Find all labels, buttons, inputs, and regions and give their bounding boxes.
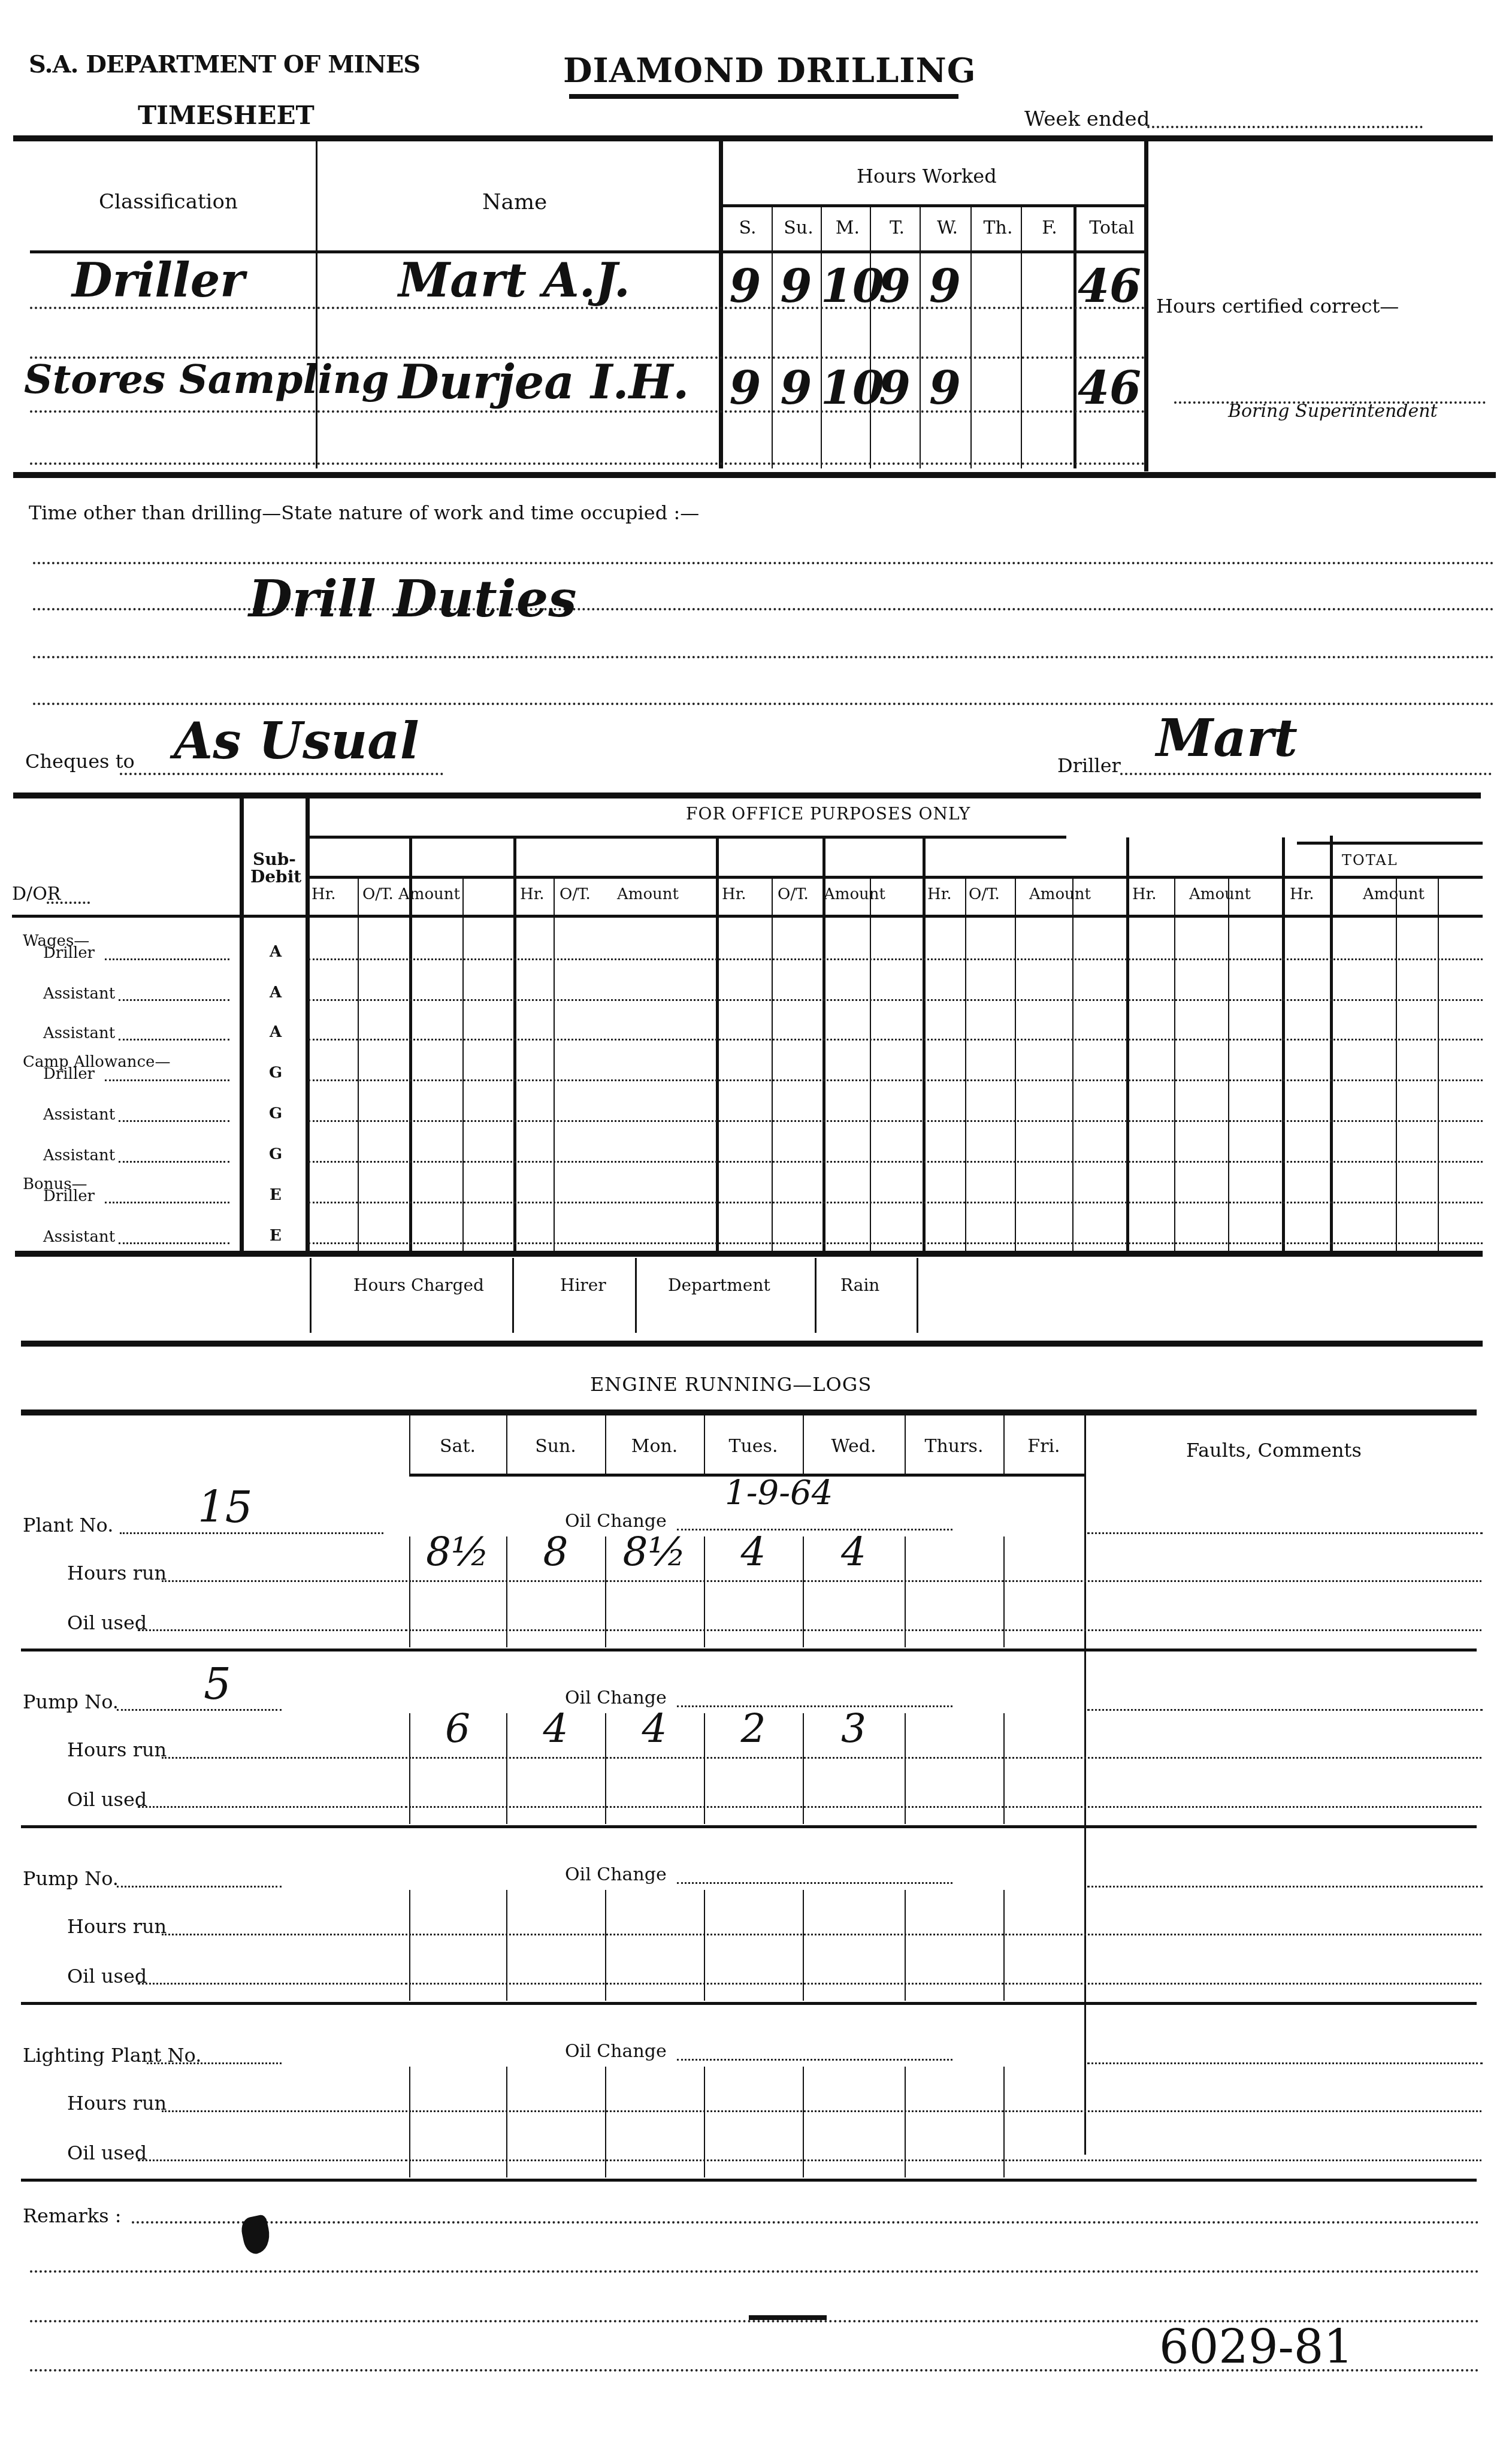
classification-header: Classification xyxy=(99,192,238,212)
faults-line[interactable] xyxy=(1087,1709,1483,1711)
office-footer-label: Hours Charged xyxy=(353,1277,484,1294)
office-title: FOR OFFICE PURPOSES ONLY xyxy=(686,806,970,822)
hours-cell[interactable]: 9 xyxy=(719,264,772,309)
engine-logs-title: ENGINE RUNNING—LOGS xyxy=(590,1375,872,1394)
office-group-divider xyxy=(1330,836,1333,1252)
oil-used-label: Oil used xyxy=(67,1967,147,1986)
hours-run-leader xyxy=(162,1934,407,1935)
hours-cell[interactable]: 10 xyxy=(821,264,870,309)
hours-cell[interactable]: 9 xyxy=(920,365,970,411)
engine-column-divider xyxy=(506,2067,507,2177)
office-footer-label: Hirer xyxy=(560,1277,606,1294)
engine-column-divider xyxy=(409,1890,410,2001)
engine-day-header: Mon. xyxy=(605,1438,704,1456)
subdebit-code: E xyxy=(246,1228,306,1244)
oil-change-label: Oil Change xyxy=(565,2043,667,2061)
office-column-header: O/T. xyxy=(969,887,1000,902)
day-header: W. xyxy=(922,219,973,237)
day-header: T. xyxy=(872,219,922,237)
engine-column-divider xyxy=(605,2067,606,2177)
total-title-rule xyxy=(1297,842,1483,845)
office-row-label: Assistant xyxy=(43,1148,115,1163)
engine-number-value[interactable]: 15 xyxy=(198,1486,253,1529)
hours-run-leader xyxy=(162,1757,407,1759)
office-group-divider xyxy=(923,837,926,1251)
classification-entry[interactable]: Driller xyxy=(72,258,244,304)
engine-section-rule xyxy=(21,1649,1477,1652)
engine-column-divider xyxy=(506,1890,507,2001)
office-column-divider xyxy=(462,878,464,1252)
office-bottom-rule xyxy=(15,1251,1483,1257)
hours-run-rule xyxy=(409,2110,1481,2112)
office-divider xyxy=(240,797,244,1254)
engine-column-divider xyxy=(905,1890,906,2001)
hours-cell[interactable]: 9 xyxy=(772,264,821,309)
hours-run-cell[interactable]: 4 xyxy=(704,1532,803,1572)
hours-run-leader xyxy=(162,2110,407,2112)
day-column-divider xyxy=(970,207,972,468)
oil-change-label: Oil Change xyxy=(565,1513,667,1530)
engine-column-divider xyxy=(1003,1713,1005,1824)
office-row-label: Assistant xyxy=(43,986,115,1002)
oil-change-label: Oil Change xyxy=(565,1866,667,1884)
hours-subheader-rule xyxy=(719,204,1145,207)
footer-divider xyxy=(635,1258,637,1333)
engine-column-divider xyxy=(409,2067,410,2177)
subdebit-code: A xyxy=(246,944,306,960)
cheques-line xyxy=(120,773,443,775)
other-time-entry[interactable]: Drill Duties xyxy=(249,574,576,624)
hours-run-cell[interactable]: 3 xyxy=(803,1709,905,1749)
engine-column-divider xyxy=(1003,2067,1005,2177)
subdebit-code: A xyxy=(246,1024,306,1040)
ink-mark xyxy=(749,2315,827,2320)
oil-change-field[interactable] xyxy=(677,1705,952,1707)
department-name: S.A. DEPARTMENT OF MINES xyxy=(29,53,420,77)
hours-run-label: Hours run xyxy=(67,1917,167,1936)
office-column-divider xyxy=(1396,878,1397,1252)
office-column-header: Hr. xyxy=(520,887,545,902)
office-column-divider xyxy=(1015,878,1016,1252)
other-time-line xyxy=(33,656,1495,658)
hours-run-cell[interactable]: 6 xyxy=(409,1709,506,1749)
engine-column-divider xyxy=(704,2067,705,2177)
office-column-header: Hr. xyxy=(722,887,746,902)
oil-used-leader xyxy=(138,1806,407,1808)
office-row-leader xyxy=(119,1242,229,1244)
office-row-label: Assistant xyxy=(43,1229,115,1245)
office-row-leader xyxy=(119,1161,229,1163)
engine-header-rule xyxy=(21,1409,1477,1415)
engine-number-value[interactable]: 5 xyxy=(204,1662,231,1705)
oil-change-field[interactable] xyxy=(677,1882,952,1884)
engine-column-divider xyxy=(905,2067,906,2177)
office-row-rule xyxy=(309,1242,1483,1244)
day-header: Th. xyxy=(973,219,1023,237)
remarks-line[interactable] xyxy=(30,2270,1480,2273)
office-column-divider xyxy=(554,878,555,1252)
day-column-divider xyxy=(920,207,921,468)
oil-used-rule xyxy=(409,1983,1481,1985)
office-column-header: Hr. xyxy=(1290,887,1314,902)
engine-section-label: Pump No. xyxy=(23,1692,119,1711)
oil-used-label: Oil used xyxy=(67,1790,147,1809)
oil-used-rule xyxy=(409,1629,1481,1631)
certified-label: Hours certified correct— xyxy=(1156,297,1399,316)
total-header: TOTAL xyxy=(1342,853,1398,867)
office-row-leader xyxy=(105,958,229,960)
office-row-label: Driller xyxy=(43,945,95,961)
day-column-divider xyxy=(1021,207,1022,468)
office-row-leader xyxy=(119,1039,229,1040)
oil-change-value[interactable]: 1-9-64 xyxy=(725,1477,833,1510)
hours-cell[interactable]: 10 xyxy=(821,365,870,411)
engine-number-field[interactable] xyxy=(117,1886,282,1888)
superintendent-label: Boring Superintendent xyxy=(1228,403,1438,421)
office-column-divider xyxy=(1228,878,1229,1252)
engine-column-divider xyxy=(803,2067,804,2177)
office-row-leader xyxy=(119,999,229,1001)
engine-day-header: Thurs. xyxy=(905,1438,1003,1456)
engine-column-divider xyxy=(803,1414,804,1477)
remarks-label: Remarks : xyxy=(23,2206,122,2225)
hours-run-leader xyxy=(162,1580,407,1582)
other-time-line xyxy=(33,562,1495,564)
faults-line[interactable] xyxy=(1087,1886,1483,1888)
hours-run-cell[interactable]: 8½ xyxy=(409,1532,506,1572)
oil-change-field[interactable] xyxy=(677,2059,952,2061)
footer-divider xyxy=(815,1258,817,1333)
form-subtitle: TIMESHEET xyxy=(138,103,315,128)
footer-divider xyxy=(310,1258,312,1333)
office-column-header: Amount xyxy=(617,887,679,902)
day-column-divider xyxy=(821,207,822,468)
hours-cell[interactable]: 9 xyxy=(870,365,920,411)
title-underline xyxy=(569,94,958,99)
office-group-divider xyxy=(513,837,516,1251)
office-column-divider xyxy=(358,878,359,1252)
form-title: DIAMOND DRILLING xyxy=(563,54,976,87)
subdebit-code: G xyxy=(246,1065,306,1081)
office-column-header: Hr. xyxy=(927,887,952,902)
day-header: Total xyxy=(1076,219,1148,237)
engine-day-header: Wed. xyxy=(803,1438,905,1456)
engine-column-divider xyxy=(704,1414,705,1477)
office-row-label: Driller xyxy=(43,1066,95,1082)
faults-line[interactable] xyxy=(1087,2062,1483,2064)
cheques-value[interactable]: As Usual xyxy=(174,716,419,766)
office-column-header: Amount xyxy=(824,887,885,902)
hours-run-cell[interactable]: 4 xyxy=(605,1709,704,1749)
oil-used-leader xyxy=(138,1629,407,1631)
dor-field[interactable] xyxy=(47,902,90,904)
office-row-label: Driller xyxy=(43,1188,95,1204)
office-group-divider xyxy=(716,837,719,1251)
hours-cell[interactable]: 9 xyxy=(870,264,920,309)
subdebit-header: Sub-Debit xyxy=(250,851,298,886)
engine-column-divider xyxy=(605,1890,606,2001)
other-time-line xyxy=(33,703,1495,705)
driller-line xyxy=(1120,773,1492,775)
engine-section-rule xyxy=(21,2179,1477,2182)
section-rule xyxy=(13,472,1496,478)
day-header: F. xyxy=(1023,219,1076,237)
subdebit-code: E xyxy=(246,1187,306,1203)
office-row-rule xyxy=(309,1120,1483,1122)
engine-section-rule xyxy=(21,2002,1477,2005)
office-column-divider xyxy=(965,878,966,1252)
footer-divider xyxy=(917,1258,918,1333)
office-column-header: O/T. xyxy=(778,887,809,902)
footer-divider xyxy=(512,1258,514,1333)
row-rule xyxy=(30,462,1145,465)
faults-header: Faults, Comments xyxy=(1186,1441,1362,1460)
office-row-leader xyxy=(105,1202,229,1203)
faults-line[interactable] xyxy=(1087,1532,1483,1534)
row-rule xyxy=(30,410,1145,413)
office-footer-label: Department xyxy=(668,1277,770,1294)
reference-number: 6029-81 xyxy=(1159,2324,1353,2371)
cheques-label: Cheques to xyxy=(25,752,135,771)
remarks-line[interactable] xyxy=(132,2221,1480,2224)
hours-run-cell[interactable]: 4 xyxy=(803,1532,905,1572)
office-column-divider xyxy=(1438,878,1439,1252)
office-column-divider xyxy=(1072,878,1073,1252)
office-row-leader xyxy=(105,1079,229,1081)
hours-cell[interactable]: 46 xyxy=(1073,264,1145,309)
day-header: M. xyxy=(823,219,872,237)
office-column-header: O/T. xyxy=(560,887,591,902)
oil-change-field[interactable] xyxy=(677,1529,952,1530)
oil-used-label: Oil used xyxy=(67,2143,147,2162)
engine-column-divider xyxy=(704,1890,705,2001)
office-group-divider xyxy=(1282,837,1285,1251)
hours-run-rule xyxy=(409,1580,1481,1582)
office-column-header: Amount xyxy=(398,887,460,902)
hours-cell[interactable]: 9 xyxy=(772,365,821,411)
office-header-rule xyxy=(12,915,1483,918)
office-divider xyxy=(306,797,310,1254)
engine-number-field[interactable] xyxy=(147,2062,282,2064)
hours-run-label: Hours run xyxy=(67,2094,167,2113)
office-row-rule xyxy=(309,1039,1483,1040)
dor-header: D/OR xyxy=(12,885,61,903)
name-header: Name xyxy=(482,192,547,213)
engine-column-divider xyxy=(1003,1414,1005,1477)
office-column-divider xyxy=(870,878,871,1252)
office-subheader-rule xyxy=(306,876,1483,879)
hours-cell[interactable]: 46 xyxy=(1073,365,1145,411)
oil-used-leader xyxy=(138,2159,407,2161)
section-rule xyxy=(13,793,1481,798)
office-column-header: Hr. xyxy=(1132,887,1157,902)
faults-divider xyxy=(1084,1414,1086,2155)
hours-worked-header: Hours Worked xyxy=(857,167,997,186)
oil-used-rule xyxy=(409,1806,1481,1808)
engine-number-field[interactable] xyxy=(117,1709,282,1711)
subdebit-code: A xyxy=(246,985,306,1000)
engine-column-divider xyxy=(1003,1536,1005,1647)
engine-column-divider xyxy=(1003,1890,1005,2001)
driller-signature[interactable]: Mart xyxy=(1156,713,1298,764)
engine-column-divider xyxy=(905,1713,906,1824)
office-footer-label: Rain xyxy=(840,1277,879,1294)
classification-entry[interactable]: Stores Sampling xyxy=(24,359,389,399)
office-row-leader xyxy=(119,1120,229,1122)
week-ended-label: Week ended xyxy=(1024,109,1150,129)
oil-used-label: Oil used xyxy=(67,1613,147,1632)
hours-run-rule xyxy=(409,1934,1481,1935)
subdebit-code: G xyxy=(246,1147,306,1162)
engine-day-header: Sat. xyxy=(409,1438,506,1456)
oil-used-rule xyxy=(409,2159,1481,2161)
hours-run-cell[interactable]: 8 xyxy=(506,1532,605,1572)
header-rule xyxy=(13,135,1493,141)
hours-run-rule xyxy=(409,1757,1481,1759)
office-column-divider xyxy=(1174,878,1175,1252)
hours-cell[interactable]: 9 xyxy=(920,264,970,309)
office-column-header: Amount xyxy=(1363,887,1425,902)
week-ended-field[interactable] xyxy=(1147,126,1423,128)
hours-run-cell[interactable]: 2 xyxy=(704,1709,803,1749)
hours-run-label: Hours run xyxy=(67,1740,167,1759)
class-name-divider xyxy=(316,139,317,468)
driller-label: Driller xyxy=(1057,756,1121,775)
engine-column-divider xyxy=(506,1414,507,1477)
engine-day-header: Fri. xyxy=(1003,1438,1084,1456)
engine-day-header: Sun. xyxy=(506,1438,605,1456)
engine-column-divider xyxy=(409,1414,410,1477)
oil-change-label: Oil Change xyxy=(565,1689,667,1707)
engine-section-label: Pump No. xyxy=(23,1869,119,1888)
engine-day-header: Tues. xyxy=(704,1438,803,1456)
employee-name[interactable]: Durjea I.H. xyxy=(398,359,689,406)
office-row-rule xyxy=(309,1202,1483,1203)
office-row-rule xyxy=(309,1079,1483,1081)
hours-run-cell[interactable]: 4 xyxy=(506,1709,605,1749)
office-column-header: Hr. xyxy=(312,887,336,902)
engine-column-divider xyxy=(905,1536,906,1647)
engine-column-divider xyxy=(803,1890,804,2001)
engine-number-field[interactable] xyxy=(120,1532,383,1534)
office-row-rule xyxy=(309,999,1483,1001)
day-column-divider xyxy=(870,207,871,468)
subdebit-code: G xyxy=(246,1106,306,1121)
office-column-divider xyxy=(772,878,773,1252)
hours-run-cell[interactable]: 8½ xyxy=(605,1532,704,1572)
day-column-divider xyxy=(1073,207,1076,468)
day-header: S. xyxy=(721,219,774,237)
office-column-header: O/T. xyxy=(362,887,394,902)
hours-cell[interactable]: 9 xyxy=(719,365,772,411)
oil-used-leader xyxy=(138,1983,407,1985)
engine-section-label: Plant No. xyxy=(23,1516,113,1535)
section-rule xyxy=(21,1341,1483,1347)
office-column-header: Amount xyxy=(1189,887,1251,902)
office-title-rule xyxy=(306,836,1066,839)
office-row-rule xyxy=(309,958,1483,960)
other-time-label: Time other than drilling—State nature of… xyxy=(29,503,699,522)
office-group-divider xyxy=(1126,837,1129,1251)
hours-run-label: Hours run xyxy=(67,1563,167,1583)
office-column-header: Amount xyxy=(1029,887,1091,902)
day-header: Su. xyxy=(774,219,823,237)
engine-section-rule xyxy=(21,1825,1477,1828)
engine-column-divider xyxy=(605,1414,606,1477)
office-row-label: Assistant xyxy=(43,1107,115,1123)
office-row-rule xyxy=(309,1161,1483,1163)
office-row-label: Assistant xyxy=(43,1026,115,1041)
employee-name[interactable]: Mart A.J. xyxy=(398,258,630,304)
ink-blot xyxy=(239,2214,273,2256)
day-column-divider xyxy=(772,207,773,468)
engine-column-divider xyxy=(905,1414,906,1477)
